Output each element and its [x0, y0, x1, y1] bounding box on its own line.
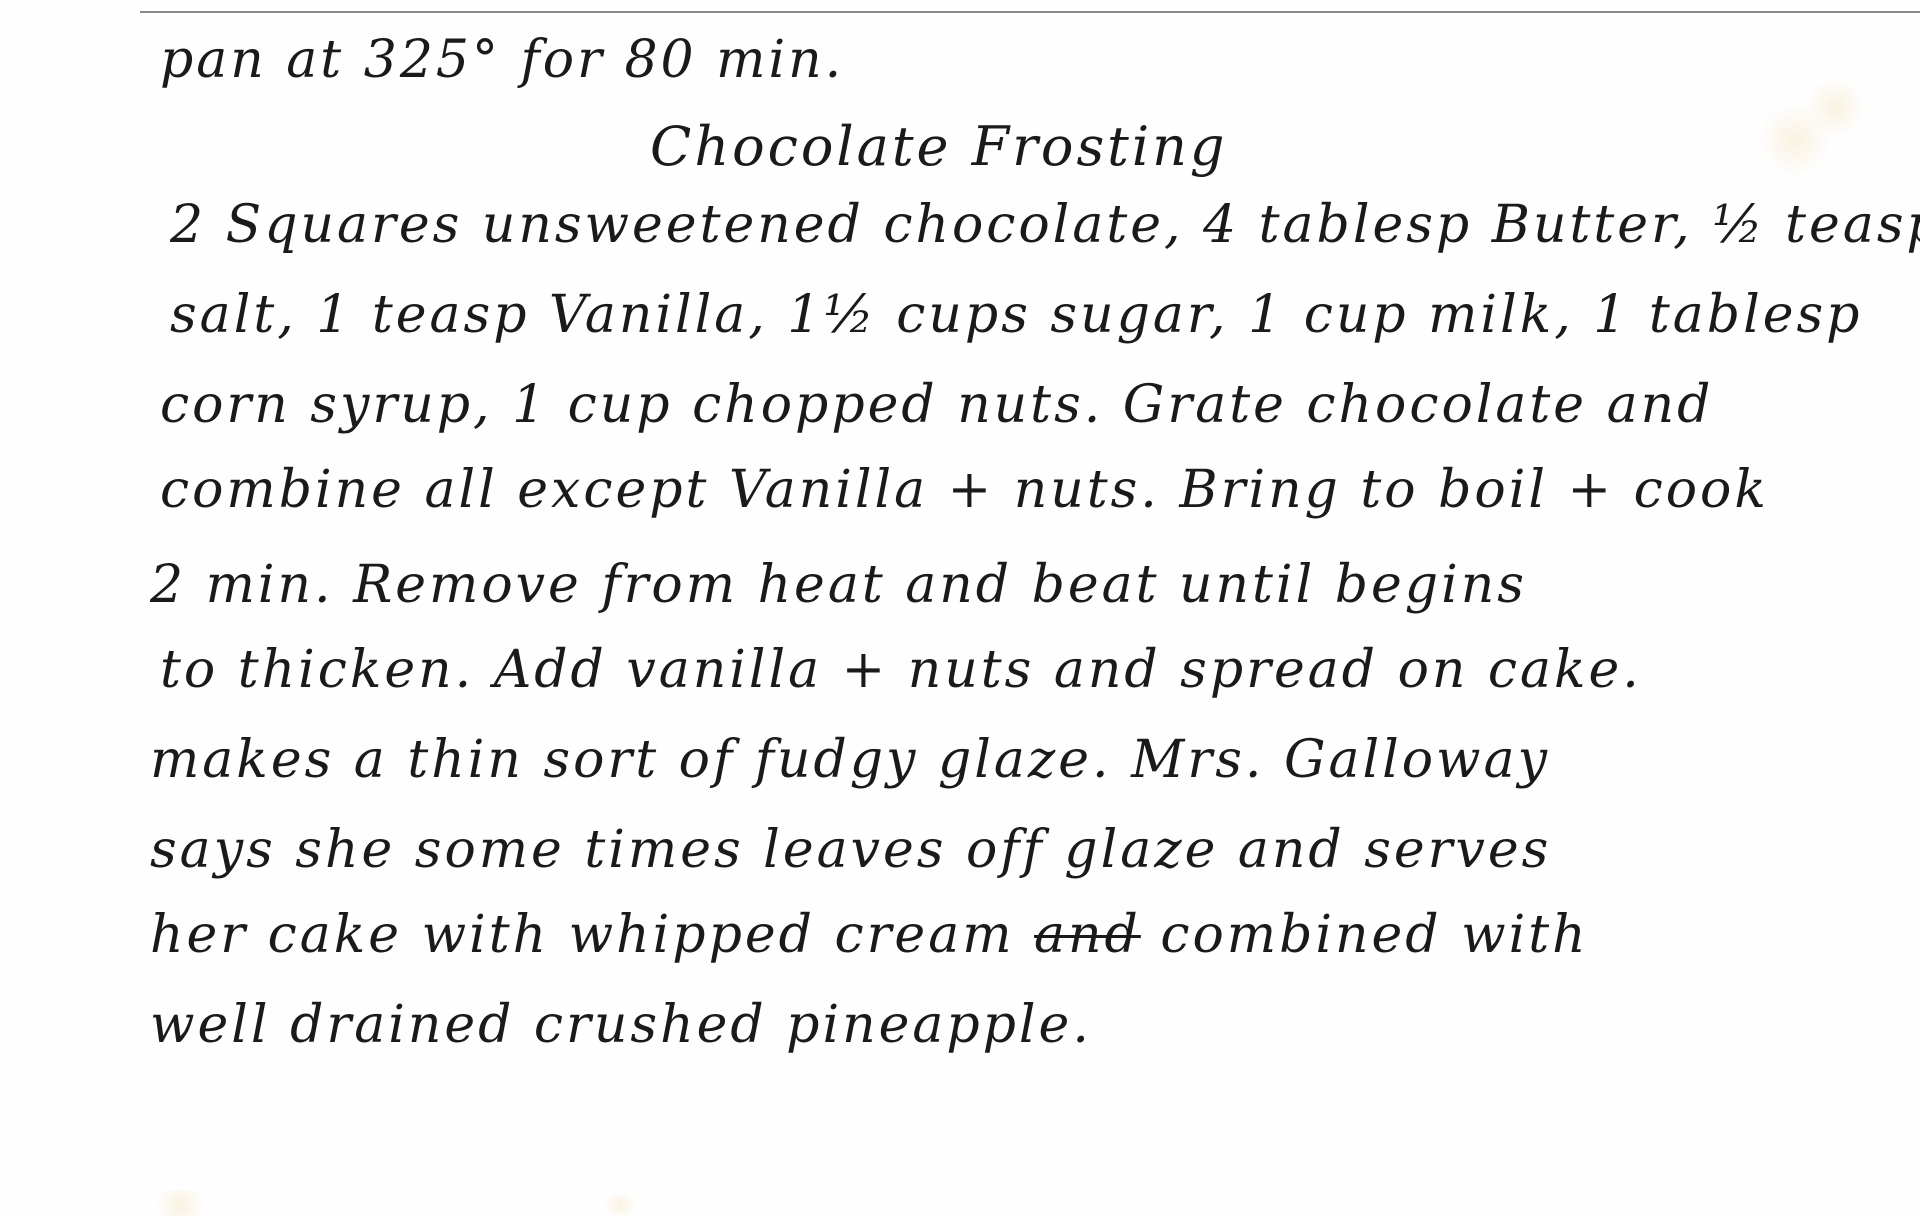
stain-mark: [150, 1190, 210, 1216]
stain-mark: [1805, 80, 1865, 135]
recipe-line: well drained crushed pineapple.: [150, 995, 1092, 1055]
recipe-line: 2 Squares unsweetened chocolate, 4 table…: [170, 195, 1920, 255]
recipe-line-with-strikeout: her cake with whipped cream and combined…: [150, 905, 1589, 965]
recipe-line: to thicken. Add vanilla + nuts and sprea…: [160, 640, 1642, 700]
recipe-line: salt, 1 teasp Vanilla, 1½ cups sugar, 1 …: [170, 285, 1862, 345]
recipe-card: pan at 325° for 80 min. Chocolate Frosti…: [0, 0, 1920, 1216]
recipe-line: corn syrup, 1 cup chopped nuts. Grate ch…: [160, 375, 1713, 435]
struck-out-word: and: [1034, 905, 1141, 965]
stain-mark: [600, 1195, 640, 1215]
card-top-rule: [140, 11, 1920, 13]
recipe-line: 2 min. Remove from heat and beat until b…: [150, 555, 1527, 615]
recipe-line: combine all except Vanilla + nuts. Bring…: [160, 460, 1769, 520]
recipe-line-tail: combined with: [1160, 905, 1588, 965]
recipe-line-head: her cake with whipped cream: [150, 905, 1015, 965]
recipe-title: Chocolate Frosting: [650, 115, 1227, 178]
recipe-line: says she some times leaves off glaze and…: [150, 820, 1551, 880]
continuation-line: pan at 325° for 80 min.: [160, 30, 844, 90]
recipe-line: makes a thin sort of fudgy glaze. Mrs. G…: [150, 730, 1550, 790]
